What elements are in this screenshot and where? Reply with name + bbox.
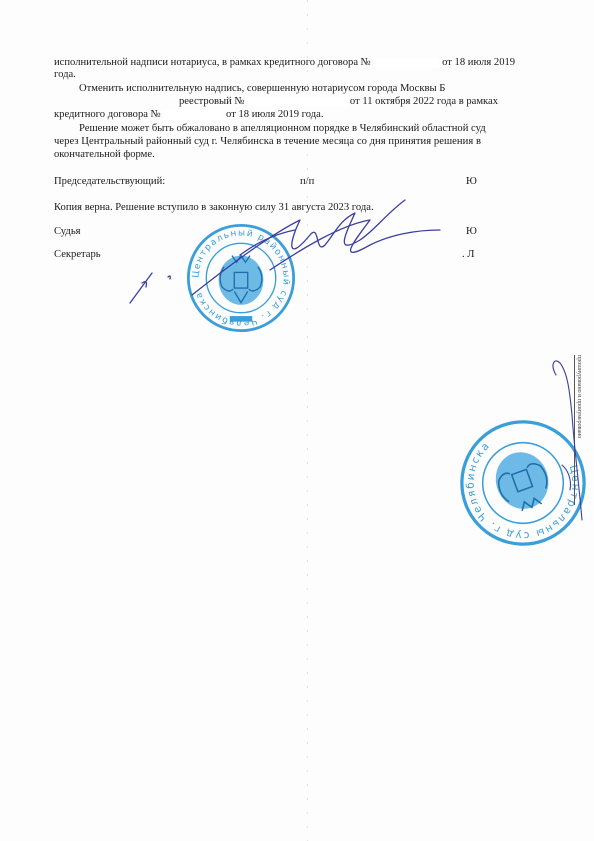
- text: реестровый №: [179, 96, 245, 107]
- paragraph-line: Отменить исполнительную надпись, соверше…: [79, 82, 445, 95]
- binding-signature: [548, 355, 588, 525]
- binding-certification: прошнуровано и пронумеровано: [548, 355, 588, 525]
- paragraph-line: через Центральный районный суд г. Челяби…: [54, 135, 481, 148]
- paragraph-line: года.: [54, 68, 76, 81]
- presiding-mark: п/п: [300, 175, 314, 188]
- document-page: исполнительной надписи нотариуса, в рамк…: [0, 0, 594, 841]
- secretary-name: . Л: [462, 248, 474, 261]
- presiding-name: Ю: [466, 175, 477, 188]
- redacted-number: [373, 58, 439, 68]
- paragraph-line: Решение может быть обжаловано в апелляци…: [79, 122, 486, 135]
- paragraph-line: кредитного договора № от 18 июля 2019 го…: [54, 108, 324, 121]
- text: от 11 октября 2022 года в рамках: [350, 96, 498, 107]
- judge-signature: [120, 195, 450, 315]
- paragraph-line: окончательной форме.: [54, 148, 155, 161]
- judge-label: Судья: [54, 225, 81, 238]
- text: от 18 июля 2019: [442, 57, 515, 68]
- redacted-number: [247, 97, 347, 107]
- paragraph-line: исполнительной надписи нотариуса, в рамк…: [54, 56, 515, 69]
- text: исполнительной надписи нотариуса, в рамк…: [54, 57, 371, 68]
- secretary-label: Секретарь: [54, 248, 101, 261]
- redacted-number: [163, 110, 223, 120]
- text: от 18 июля 2019 года.: [226, 109, 323, 120]
- paragraph-line: реестровый № от 11 октября 2022 года в р…: [179, 95, 498, 108]
- text: кредитного договора №: [54, 109, 161, 120]
- presiding-label: Председательствующий:: [54, 175, 165, 188]
- judge-name: Ю: [466, 225, 477, 238]
